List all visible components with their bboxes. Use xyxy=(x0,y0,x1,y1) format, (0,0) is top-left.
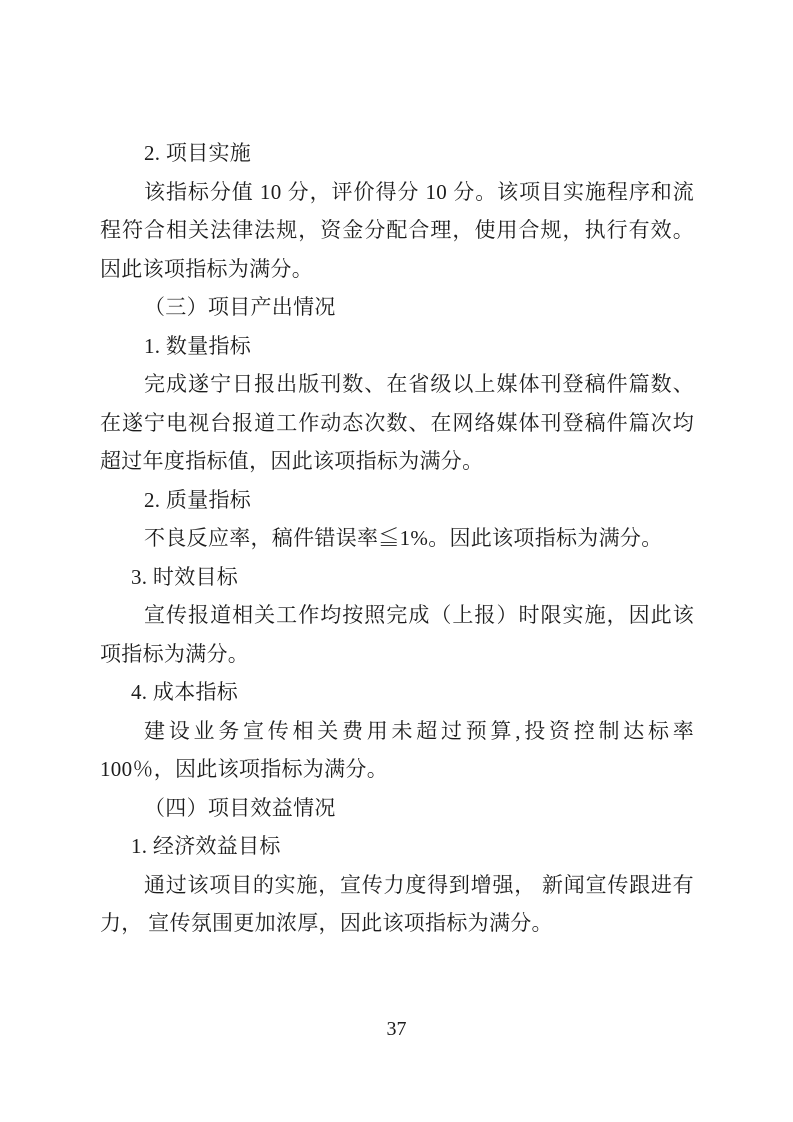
paragraph-body: 建设业务宣传相关费用未超过预算,投资控制达标率 100％，因此该项指标为满分。 xyxy=(100,712,694,789)
paragraph-body: 通过该项目的实施，宣传力度得到增强， 新闻宣传跟进有力， 宣传氛围更加浓厚，因此… xyxy=(100,866,694,943)
paragraph-section-heading: 4. 成本指标 xyxy=(100,673,694,712)
paragraph-body: 宣传报道相关工作均按照完成（上报）时限实施，因此该项指标为满分。 xyxy=(100,596,694,673)
document-page: 2. 项目实施 该指标分值 10 分，评价得分 10 分。该项目实施程序和流程符… xyxy=(0,0,793,1122)
paragraph-section-heading: 2. 项目实施 xyxy=(100,134,694,173)
paragraph-section-heading: 1. 经济效益目标 xyxy=(100,827,694,866)
paragraph-section-heading: （四）项目效益情况 xyxy=(100,789,694,828)
page-number: 37 xyxy=(0,1018,793,1041)
paragraph-section-heading: 1. 数量指标 xyxy=(100,327,694,366)
paragraph-body: 完成遂宁日报出版刊数、在省级以上媒体刊登稿件篇数、在遂宁电视台报道工作动态次数、… xyxy=(100,365,694,481)
paragraph-section-heading: 3. 时效目标 xyxy=(100,558,694,597)
document-body: 2. 项目实施 该指标分值 10 分，评价得分 10 分。该项目实施程序和流程符… xyxy=(100,134,694,943)
paragraph-section-heading: 2. 质量指标 xyxy=(100,481,694,520)
paragraph-body: 该指标分值 10 分，评价得分 10 分。该项目实施程序和流程符合相关法律法规，… xyxy=(100,173,694,289)
paragraph-section-heading: （三）项目产出情况 xyxy=(100,288,694,327)
paragraph-body: 不良反应率，稿件错误率≦1%。因此该项指标为满分。 xyxy=(100,519,694,558)
